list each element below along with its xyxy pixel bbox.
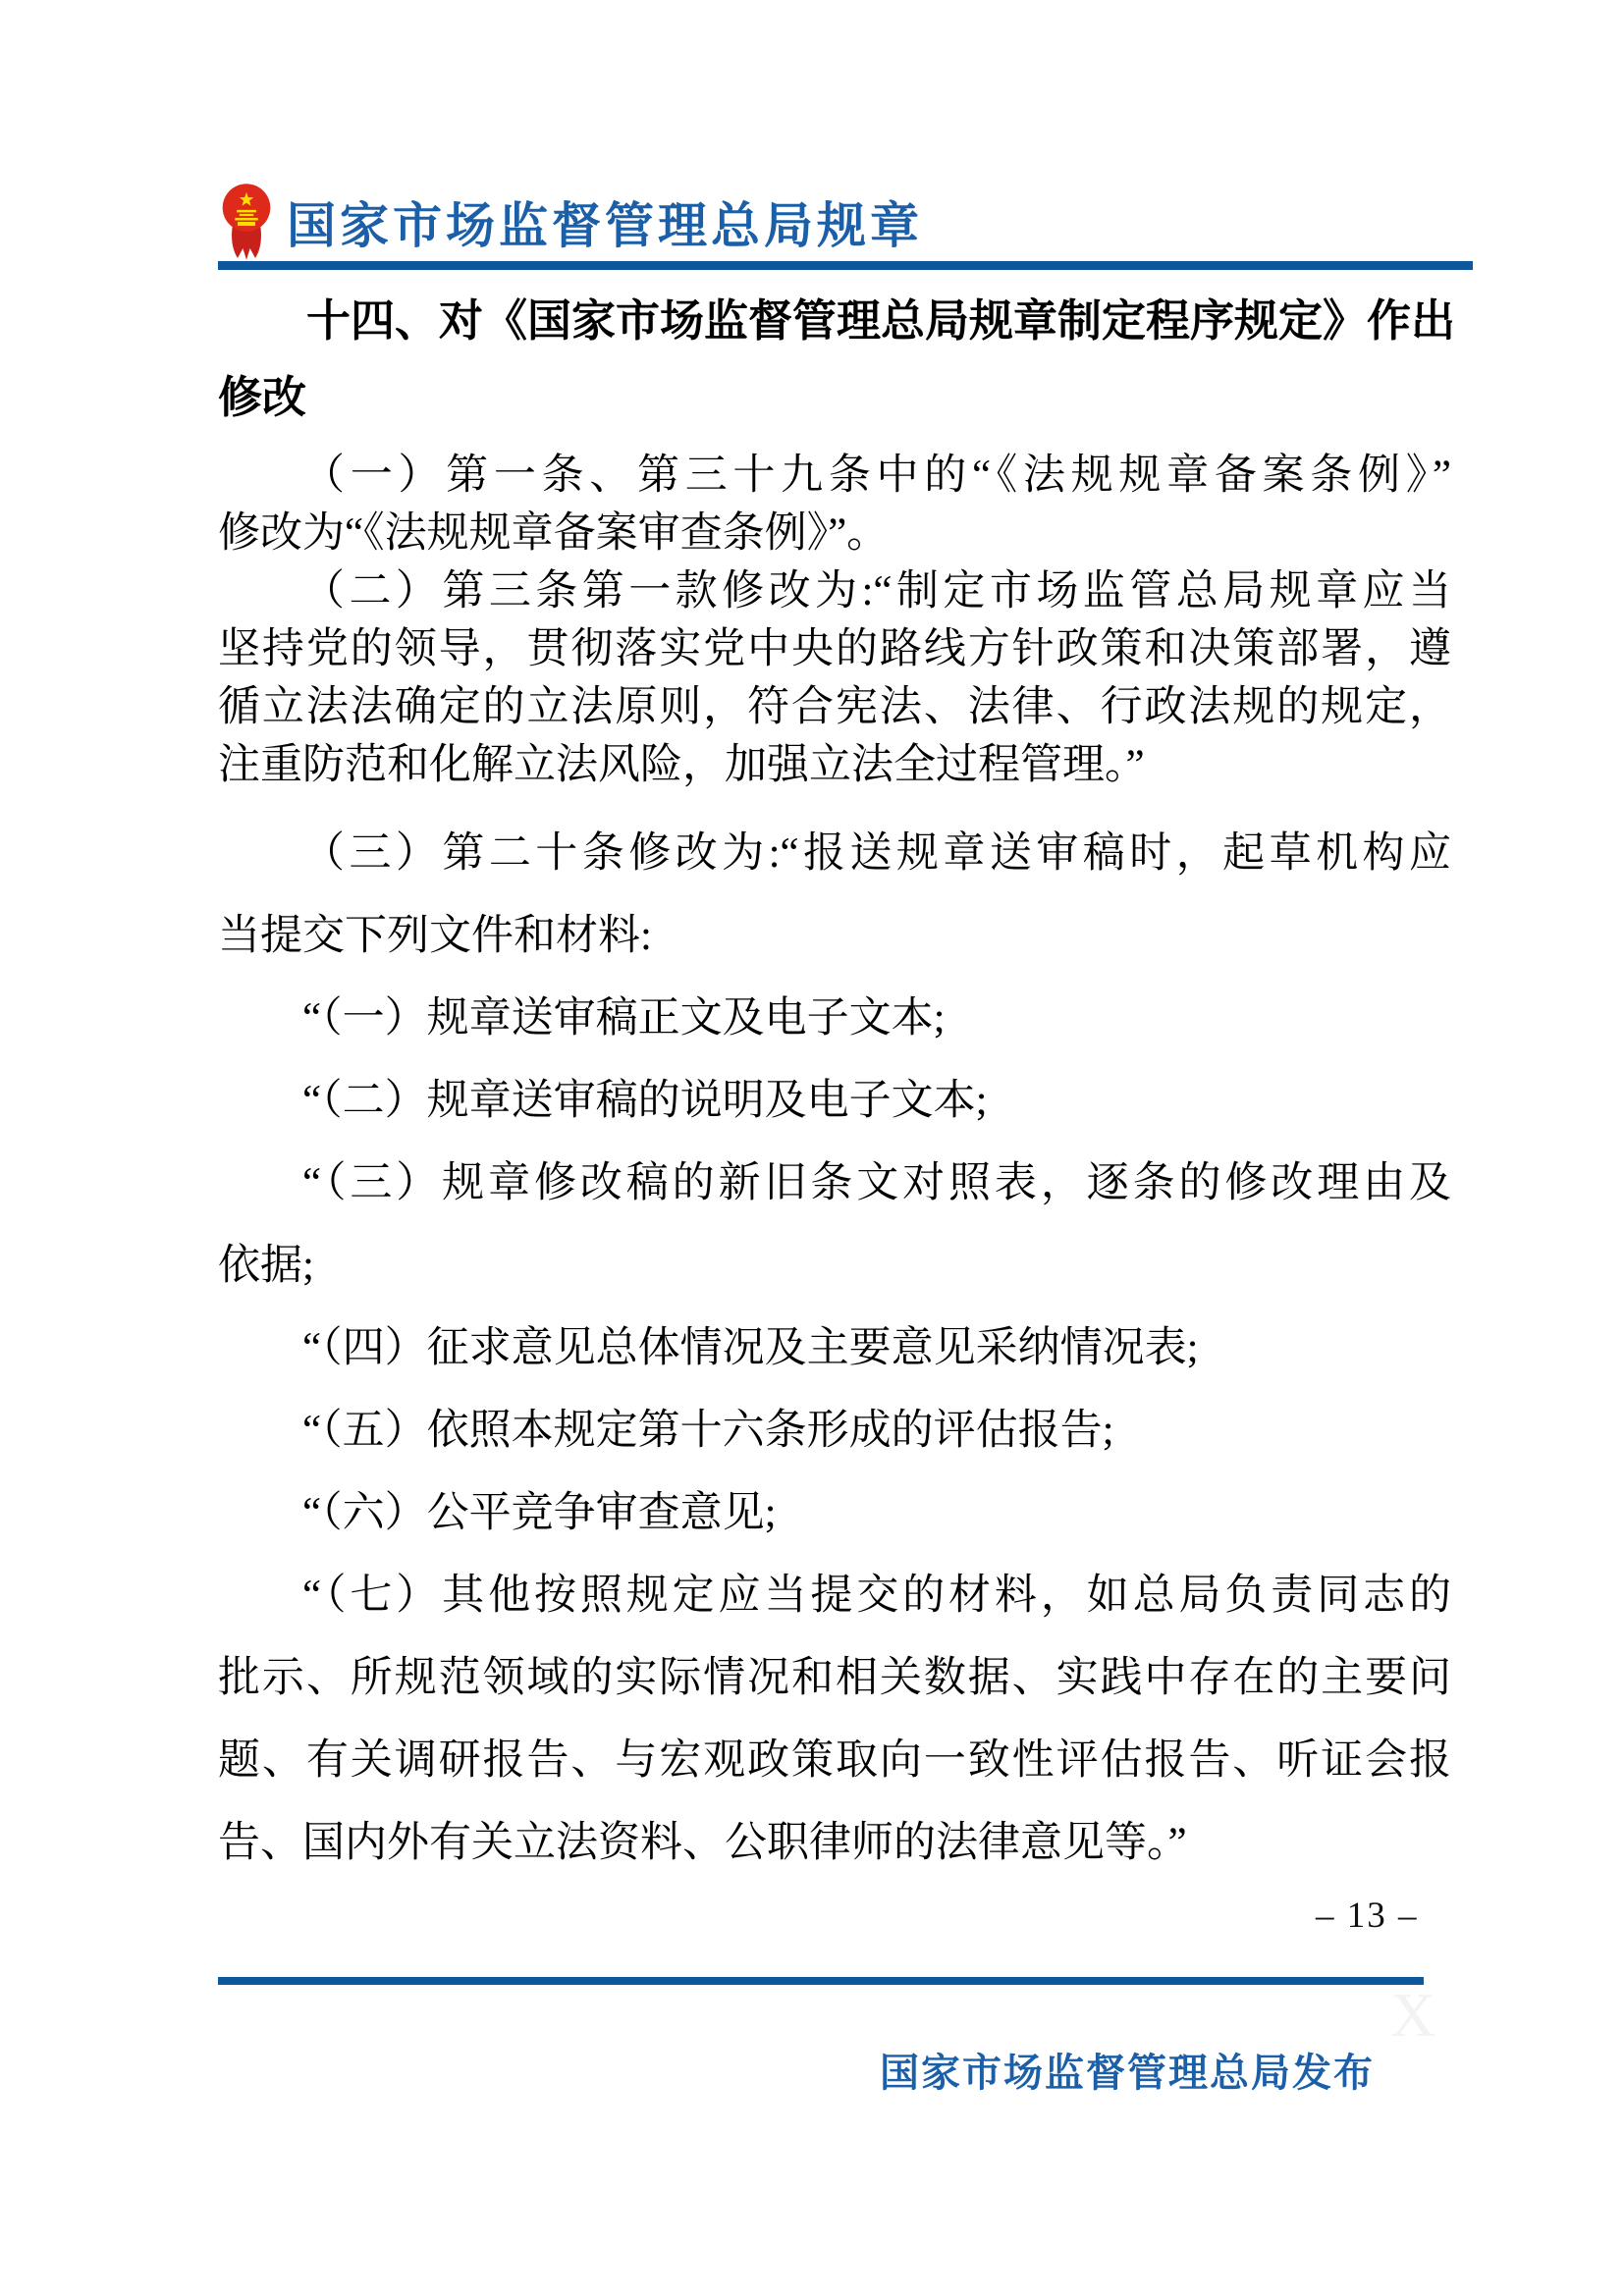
body-line: “（四）征求意见总体情况及主要意见采纳情况表; [218,1308,1451,1390]
body-line: “（六）公平竞争审查意见; [218,1472,1451,1555]
body-line: 坚持党的领导，贯彻落实党中央的路线方针政策和决策部署，遵 [218,620,1451,678]
body-line: “（二）规章送审稿的说明及电子文本; [218,1060,1451,1143]
header-title: 国家市场监督管理总局规章 [287,187,923,257]
body-line: （二）第三条第一款修改为:“制定市场监管总局规章应当 [218,562,1451,620]
header-divider [218,261,1473,270]
doc-heading-line: 修改 [218,359,1451,436]
page-number: – 13 – [1316,1895,1419,1937]
watermark-x: X [1390,1979,1435,2052]
national-emblem-icon [220,181,273,263]
footer-divider [218,1977,1424,1985]
body-line: 依据; [218,1225,1451,1308]
body-line: 告、国内外有关立法资料、公职律师的法律意见等。” [218,1802,1451,1885]
footer-publisher: 国家市场监督管理总局发布 [880,2042,1375,2098]
body-line: 题、有关调研报告、与宏观政策取向一致性评估报告、听证会报 [218,1720,1451,1802]
body-section-amendments-1-2: （一）第一条、第三十九条中的“《法规规章备案条例》”修改为“《法规规章备案审查条… [218,447,1451,794]
body-line: 当提交下列文件和材料: [218,895,1451,978]
page-header: 国家市场监督管理总局规章 [220,181,923,263]
body-line: 修改为“《法规规章备案审查条例》”。 [218,505,1451,562]
body-line: （一）第一条、第三十九条中的“《法规规章备案条例》” [218,447,1451,505]
body-section-amendment-3: （三）第二十条修改为:“报送规章送审稿时，起草机构应当提交下列文件和材料:“（一… [218,813,1451,1885]
doc-heading: 十四、对《国家市场监督管理总局规章制定程序规定》作出修改 [218,283,1451,436]
body-line: （三）第二十条修改为:“报送规章送审稿时，起草机构应 [218,813,1451,895]
body-line: “（一）规章送审稿正文及电子文本; [218,978,1451,1060]
doc-heading-line: 十四、对《国家市场监督管理总局规章制定程序规定》作出 [218,283,1451,359]
body-line: “（五）依照本规定第十六条形成的评估报告; [218,1390,1451,1472]
body-line: “（七）其他按照规定应当提交的材料，如总局负责同志的 [218,1555,1451,1637]
body-line: 注重防范和化解立法风险，加强立法全过程管理。” [218,736,1451,794]
body-line: 批示、所规范领域的实际情况和相关数据、实践中存在的主要问 [218,1637,1451,1720]
body-line: 循立法法确定的立法原则，符合宪法、法律、行政法规的规定， [218,678,1451,736]
document-page: 国家市场监督管理总局规章 十四、对《国家市场监督管理总局规章制定程序规定》作出修… [0,0,1624,2296]
body-line: “（三）规章修改稿的新旧条文对照表，逐条的修改理由及 [218,1143,1451,1225]
